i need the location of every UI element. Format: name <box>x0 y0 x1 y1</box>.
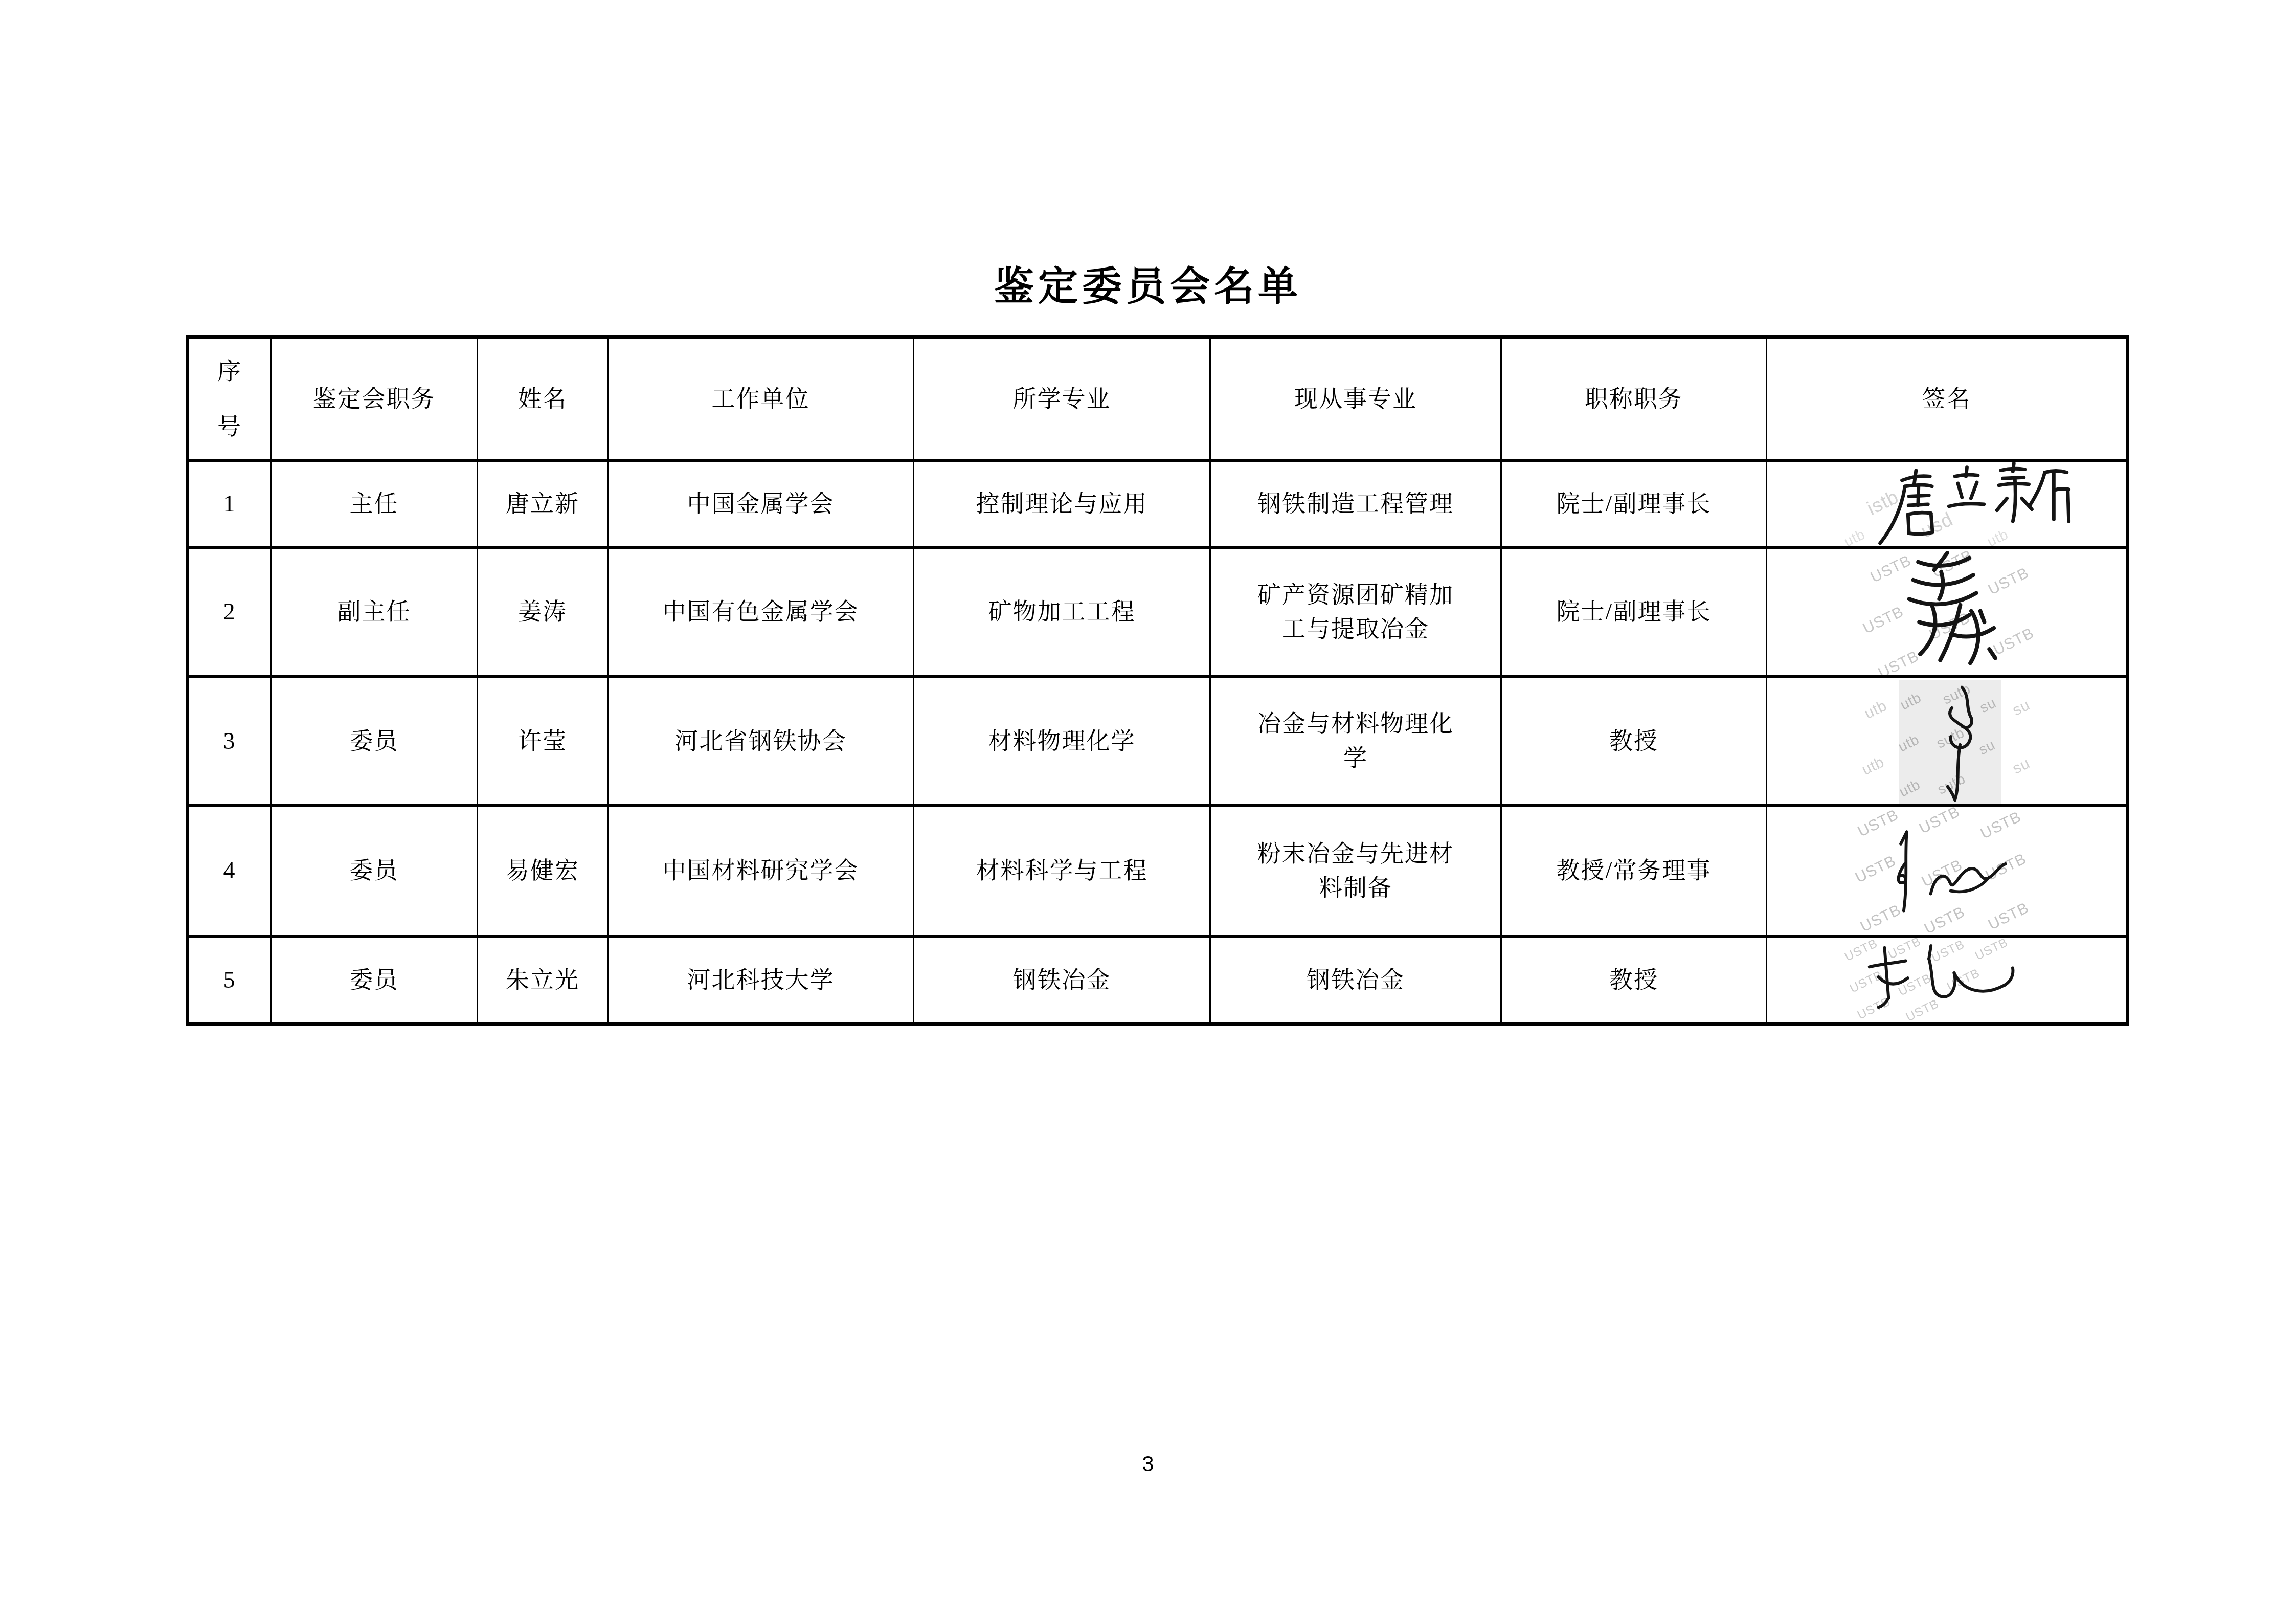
signature-zhu-liguang <box>1854 942 2018 1017</box>
row-5-name: 朱立光 <box>478 938 609 1022</box>
row-4-signature-cell: USTB USTB USTB USTB USTB USTB USTB USTB … <box>1767 807 2126 938</box>
header-org: 工作单位 <box>609 339 914 462</box>
row-3-current: 冶金与材料物理化 学 <box>1211 678 1502 807</box>
header-current-major: 现从事专业 <box>1211 339 1502 462</box>
row-2-name: 姜涛 <box>478 549 609 678</box>
watermark-text: utb <box>1858 751 1888 781</box>
row-2-current: 矿产资源团矿精加 工与提取冶金 <box>1211 549 1502 678</box>
row-5-role: 委员 <box>272 938 478 1022</box>
row-1-title: 院士/副理事长 <box>1502 462 1767 549</box>
row-3-studied: 材料物理化学 <box>914 678 1211 807</box>
signature-jiang-tao <box>1890 551 2002 676</box>
row-2-title: 院士/副理事长 <box>1502 549 1767 678</box>
page-number: 3 <box>0 1452 2296 1476</box>
row-2-org: 中国有色金属学会 <box>609 549 914 678</box>
header-name: 姓名 <box>478 339 609 462</box>
watermark-text: su <box>2009 752 2034 780</box>
row-3-role: 委员 <box>272 678 478 807</box>
header-role: 鉴定会职务 <box>272 339 478 462</box>
row-5-current: 钢铁冶金 <box>1211 938 1502 1022</box>
row-3-org: 河北省钢铁协会 <box>609 678 914 807</box>
row-1-signature-cell: istb usd utb utb <box>1767 462 2126 549</box>
row-2-signature-cell: USTB USTB USTB USTB USTB USTB USTB <box>1767 549 2126 678</box>
row-4-role: 委员 <box>272 807 478 938</box>
row-1-org: 中国金属学会 <box>609 462 914 549</box>
committee-table: 序 号 鉴定会职务 姓名 工作单位 所学专业 现从事专业 职称职务 签名 1 主… <box>186 335 2129 1026</box>
watermark-text: utb <box>1840 524 1869 549</box>
row-2-role: 副主任 <box>272 549 478 678</box>
row-4-no: 4 <box>189 807 272 938</box>
signature-tang-lixin <box>1870 462 2084 547</box>
row-2-studied: 矿物加工工程 <box>914 549 1211 678</box>
row-3-name: 许莹 <box>478 678 609 807</box>
row-3-no: 3 <box>189 678 272 807</box>
page-title: 鉴定委员会名单 <box>0 255 2296 312</box>
watermark-text: utb <box>1861 695 1891 725</box>
row-4-title: 教授/常务理事 <box>1502 807 1767 938</box>
row-5-no: 5 <box>189 938 272 1022</box>
row-5-studied: 钢铁冶金 <box>914 938 1211 1022</box>
watermark-text: su <box>2009 694 2034 722</box>
row-1-name: 唐立新 <box>478 462 609 549</box>
row-4-name: 易健宏 <box>478 807 609 938</box>
row-4-studied: 材料科学与工程 <box>914 807 1211 938</box>
row-4-current: 粉末冶金与先进材 料制备 <box>1211 807 1502 938</box>
header-studied-major: 所学专业 <box>914 339 1211 462</box>
row-1-role: 主任 <box>272 462 478 549</box>
row-5-title: 教授 <box>1502 938 1767 1022</box>
signature-yi-jianhong <box>1877 820 2010 925</box>
row-1-studied: 控制理论与应用 <box>914 462 1211 549</box>
row-3-title: 教授 <box>1502 678 1767 807</box>
row-5-org: 河北科技大学 <box>609 938 914 1022</box>
header-signature: 签名 <box>1767 339 2126 462</box>
row-3-signature-cell: utb su utb su utb sutb su utb sutb su ut… <box>1767 678 2126 807</box>
header-index: 序 号 <box>189 339 272 462</box>
header-title: 职称职务 <box>1502 339 1767 462</box>
row-1-current: 钢铁制造工程管理 <box>1211 462 1502 549</box>
row-5-signature-cell: USTB USTB USTB USTB USTB USTB USTB USTB … <box>1767 938 2126 1022</box>
document-page: 鉴定委员会名单 序 号 鉴定会职务 姓名 工作单位 所学专业 现从事专业 职称职… <box>0 0 2296 1624</box>
signature-xu-ying <box>1912 681 1989 804</box>
row-2-no: 2 <box>189 549 272 678</box>
row-1-no: 1 <box>189 462 272 549</box>
row-4-org: 中国材料研究学会 <box>609 807 914 938</box>
